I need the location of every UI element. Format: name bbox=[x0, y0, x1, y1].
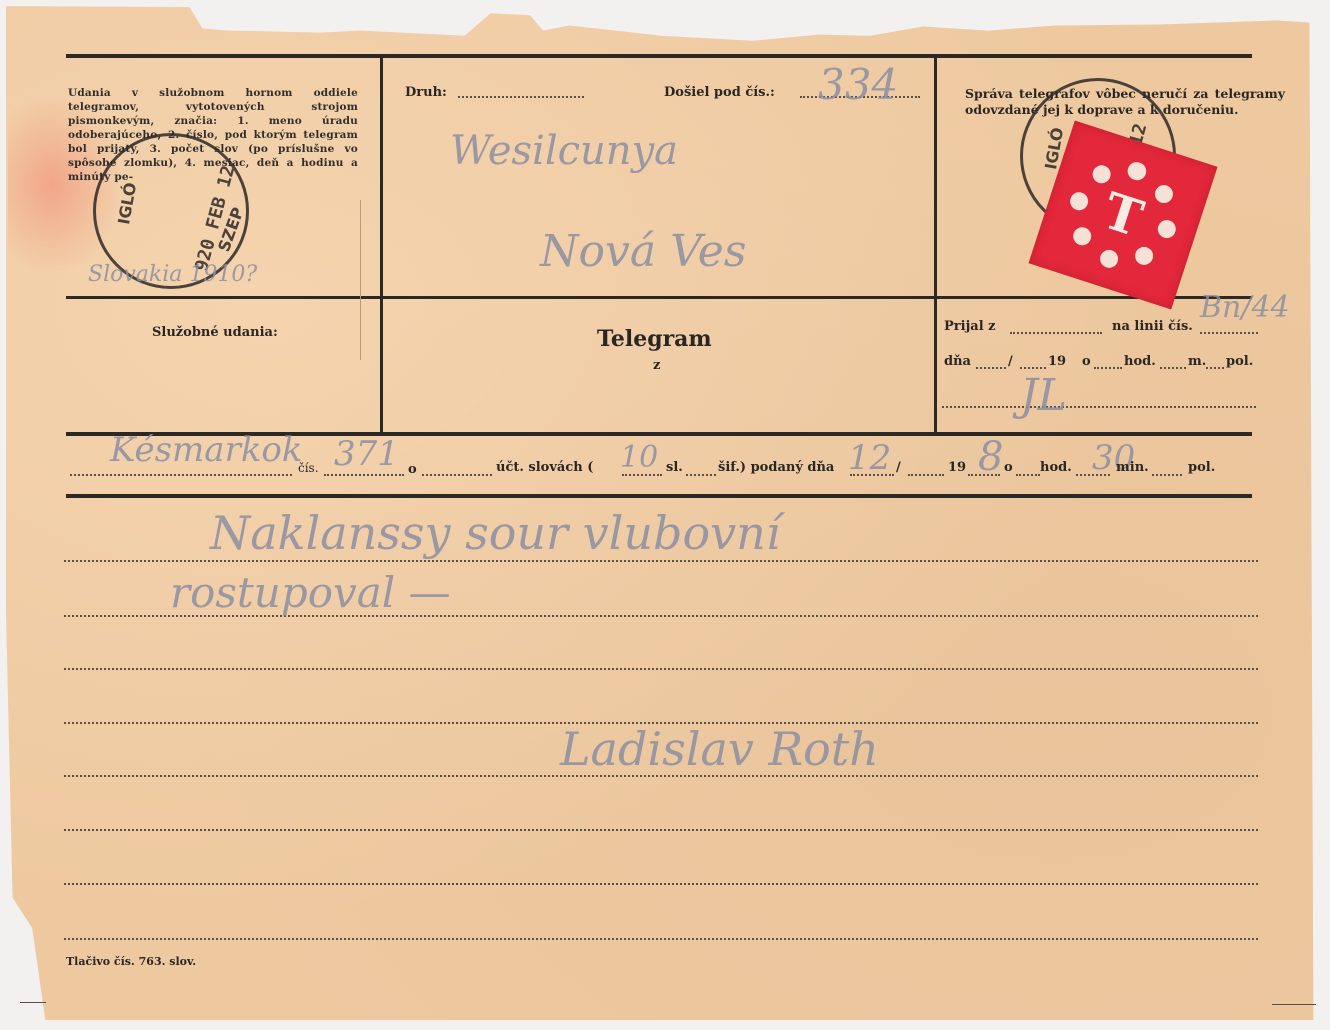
origin-field[interactable] bbox=[70, 474, 292, 476]
hour-field[interactable] bbox=[1016, 474, 1040, 476]
message-line-6[interactable] bbox=[64, 829, 1258, 831]
message-line-7[interactable] bbox=[64, 883, 1258, 885]
dna-slash: / bbox=[1008, 354, 1013, 369]
top-border-line bbox=[66, 54, 1252, 58]
year-label: 19 bbox=[1048, 354, 1066, 369]
sif-field[interactable] bbox=[686, 474, 716, 476]
divider-right bbox=[934, 56, 937, 434]
message-line-3[interactable] bbox=[64, 668, 1258, 670]
origin-value: Késmarkok bbox=[110, 430, 303, 470]
dna-label: dňa bbox=[944, 354, 971, 369]
handwritten-note: Slovakia 1910? bbox=[88, 262, 257, 287]
words-value: 10 bbox=[620, 440, 658, 475]
prijal-field[interactable] bbox=[1010, 332, 1102, 334]
faint-margin-line bbox=[360, 200, 361, 360]
origin-o2-label: o bbox=[1004, 460, 1013, 475]
druh-field[interactable] bbox=[458, 96, 584, 98]
header-bottom-line bbox=[66, 296, 1252, 299]
cis-value: 371 bbox=[334, 434, 399, 474]
message-text-line2: rostupoval — bbox=[170, 568, 451, 617]
cis-label: čís. bbox=[298, 461, 319, 475]
prijal-label: Prijal z bbox=[944, 319, 996, 334]
origin-pol-label: pol. bbox=[1188, 460, 1215, 475]
pol-label: pol. bbox=[1226, 354, 1253, 369]
dna-day-field[interactable] bbox=[976, 367, 1006, 369]
addressee-line1: Wesilcunya bbox=[450, 128, 678, 174]
day-value: 12 bbox=[848, 438, 891, 478]
origin-year-label: 19 bbox=[948, 460, 966, 475]
m-label: m. bbox=[1188, 354, 1206, 369]
na-linii-field[interactable] bbox=[1200, 332, 1258, 334]
pencil-mark: Bn/44 bbox=[1200, 290, 1290, 325]
divider-left bbox=[380, 56, 383, 434]
origin-o-label: o bbox=[408, 462, 417, 477]
footer-tick-left bbox=[20, 1002, 46, 1003]
dna-month-field[interactable] bbox=[1020, 367, 1046, 369]
na-linii-label: na linii čís. bbox=[1112, 319, 1193, 334]
druh-label: Druh: bbox=[405, 85, 447, 100]
hour-value: 8 bbox=[978, 434, 1003, 480]
origin-bottom-line bbox=[66, 494, 1252, 498]
message-line-1[interactable] bbox=[64, 560, 1258, 562]
sl-label: sl. bbox=[666, 460, 683, 475]
min-label: min. bbox=[1116, 460, 1149, 475]
month-field[interactable] bbox=[908, 474, 944, 476]
sif-label: šif.) podaný dňa bbox=[718, 460, 834, 475]
telegram-title: Telegram bbox=[597, 326, 712, 352]
pencil-initial: JL bbox=[1020, 370, 1067, 421]
origin-hod-label: hod. bbox=[1040, 460, 1072, 475]
postmark-city: IGLÓ bbox=[114, 181, 140, 226]
o-origin-field[interactable] bbox=[422, 474, 492, 476]
origin-slash: / bbox=[896, 460, 901, 475]
dosiel-label: Došiel pod čís.: bbox=[664, 85, 775, 100]
pol-field[interactable] bbox=[1152, 474, 1182, 476]
hod-label: hod. bbox=[1124, 354, 1156, 369]
cis-field[interactable] bbox=[324, 474, 404, 476]
o-label: o bbox=[1082, 354, 1091, 369]
uct-label: účt. slovách ( bbox=[496, 460, 593, 475]
addressee-line2: Nová Ves bbox=[540, 226, 746, 277]
form-number: Tlačivo čís. 763. slov. bbox=[66, 955, 196, 968]
dosiel-value: 334 bbox=[818, 60, 898, 109]
m-field[interactable] bbox=[1206, 367, 1224, 369]
message-text-line1: Naklanssy sour vlubovní bbox=[210, 506, 780, 560]
service-extra-field[interactable] bbox=[942, 406, 1256, 408]
message-line-8[interactable] bbox=[64, 938, 1258, 940]
telegram-title-sub: z bbox=[653, 358, 660, 373]
o-field[interactable] bbox=[1094, 367, 1122, 369]
footer-tick-right bbox=[1272, 1004, 1316, 1005]
hod-field[interactable] bbox=[1160, 367, 1186, 369]
sluzobne-label: Služobné udania: bbox=[152, 325, 278, 340]
message-signature: Ladislav Roth bbox=[560, 722, 879, 776]
